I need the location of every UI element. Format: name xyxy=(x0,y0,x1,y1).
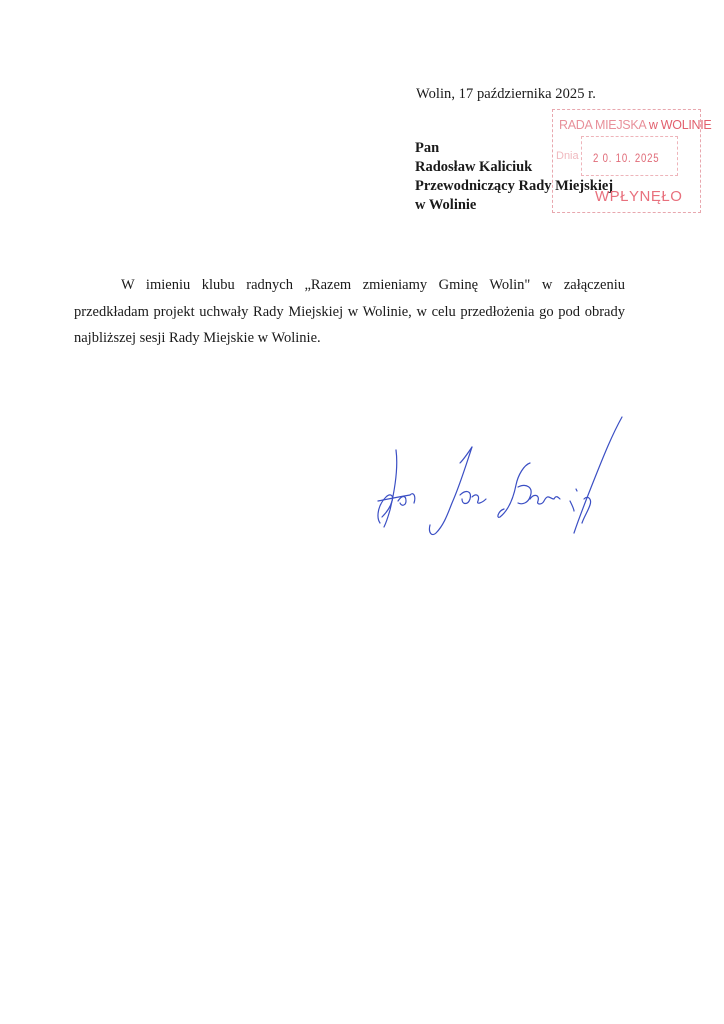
document-page: Wolin, 17 października 2025 r. Pan Rados… xyxy=(0,0,724,1024)
place-and-date: Wolin, 17 października 2025 r. xyxy=(416,86,596,103)
stamp-title: RADA MIEJSKA w WOLINIE xyxy=(559,118,711,132)
stamp-status: WPŁYNĘŁO xyxy=(595,188,682,205)
stamp-title-faded: RADA MIEJSKA xyxy=(559,118,649,132)
signature-icon xyxy=(368,405,628,540)
stamp-title-strong: w WOLINIE xyxy=(649,118,712,132)
received-stamp: RADA MIEJSKA w WOLINIE Dnia 2 0. 10. 202… xyxy=(552,109,701,213)
letter-body: W imieniu klubu radnych „Razem zmieniamy… xyxy=(74,272,625,352)
stamp-date-label: Dnia xyxy=(556,150,579,162)
stamp-date: 2 0. 10. 2025 xyxy=(593,151,659,165)
body-paragraph: W imieniu klubu radnych „Razem zmieniamy… xyxy=(74,272,625,352)
